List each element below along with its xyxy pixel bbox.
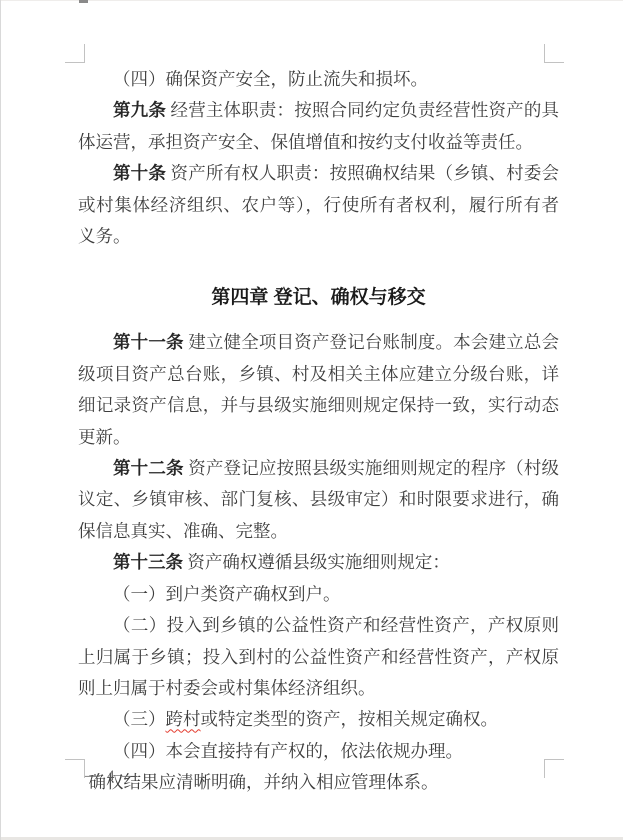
paragraph-clause-4: （四）确保资产安全，防止流失和损坏。	[78, 64, 559, 95]
document-page: （四）确保资产安全，防止流失和损坏。 第九条 经营主体职责：按照合同约定负责经营…	[0, 0, 623, 840]
article-11-number: 第十一条	[113, 332, 184, 352]
top-edge-divider	[1, 0, 623, 1]
article-10-number: 第十条	[113, 163, 166, 183]
paragraph-item-2: （二）投入到乡镇的公益性资产和经营性资产，产权原则上归属于乡镇；投入到村的公益性…	[78, 610, 559, 704]
item-3-prefix: （三）	[113, 709, 166, 729]
chapter-4-heading: 第四章 登记、确权与移交	[78, 282, 559, 313]
top-edge-marker	[79, 0, 88, 3]
paragraph-item-4b: （四）本会直接持有产权的，依法依规办理。	[78, 736, 559, 767]
paragraph-article-10: 第十条 资产所有权人职责：按照确权结果（乡镇、村委会或村集体经济组织、农户等），…	[78, 158, 559, 252]
paragraph-article-12: 第十二条 资产登记应按照县级实施细则规定的程序（村级议定、乡镇审核、部门复核、县…	[78, 453, 559, 547]
crop-mark-top-left	[65, 44, 85, 63]
article-13-text: 资产确权遵循县级实施细则规定：	[183, 552, 450, 572]
paragraph-article-9: 第九条 经营主体职责：按照合同约定负责经营性资产的具体运营，承担资产安全、保值增…	[78, 95, 559, 158]
paragraph-article-11: 第十一条 建立健全项目资产登记台账制度。本会建立总会级项目资产总台账，乡镇、村及…	[78, 327, 559, 453]
article-9-number: 第九条	[113, 100, 166, 120]
paragraph-article-13: 第十三条 资产确权遵循县级实施细则规定：	[78, 547, 559, 578]
paragraph-item-1: （一）到户类资产确权到户。	[78, 579, 559, 610]
document-body: （四）确保资产安全，防止流失和损坏。 第九条 经营主体职责：按照合同约定负责经营…	[78, 64, 559, 799]
page-number: — 4 —	[85, 768, 139, 785]
paragraph-closing: 确权结果应清晰明确，并纳入相应管理体系。	[78, 767, 559, 798]
article-12-number: 第十二条	[113, 458, 184, 478]
item-3-text: 或特定类型的资产，按相关规定确权。	[201, 709, 499, 729]
article-13-number: 第十三条	[113, 552, 183, 572]
paragraph-item-3: （三）跨村或特定类型的资产，按相关规定确权。	[78, 704, 559, 735]
spellcheck-flagged-word: 跨村	[166, 709, 201, 729]
crop-mark-top-right	[544, 44, 564, 63]
